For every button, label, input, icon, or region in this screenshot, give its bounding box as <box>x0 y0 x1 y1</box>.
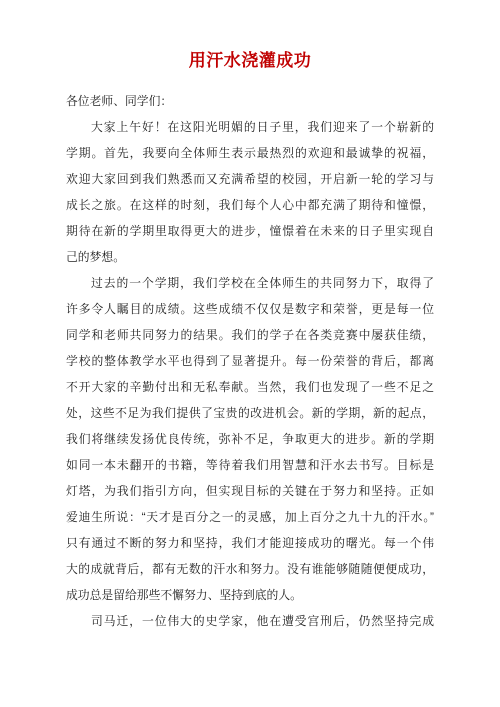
text-line: 司马迁，一位伟大的史学家，他在遭受宫刑后，仍然坚持完成 <box>66 608 434 634</box>
text-line: 只有通过不断的努力和坚持，我们才能迎接成功的曙光。每一个伟 <box>66 530 434 556</box>
text-line: 同学和老师共同努力的结果。我们的学子在各类竞赛中屡获佳绩， <box>66 322 434 348</box>
text-line: 如同一本未翻开的书籍，等待着我们用智慧和汗水去书写。目标是 <box>66 452 434 478</box>
text-line: 学校的整体教学水平也得到了显著提升。每一份荣誉的背后，都离 <box>66 348 434 374</box>
text-line: 成长之旅。在这样的时刻，我们每个人心中都充满了期待和憧憬， <box>66 192 434 218</box>
text-line: 成功总是留给那些不懈努力、坚持到底的人。 <box>66 582 434 608</box>
doc-title: 用汗水浇灌成功 <box>66 46 434 76</box>
text-line: 己的梦想。 <box>66 244 434 270</box>
text-line: 大家上午好！在这阳光明媚的日子里，我们迎来了一个崭新的 <box>66 114 434 140</box>
text-line: 灯塔，为我们指引方向，但实现目标的关键在于努力和坚持。正如 <box>66 478 434 504</box>
text-line: 不开大家的辛勤付出和无私奉献。当然，我们也发现了一些不足之 <box>66 374 434 400</box>
text-line: 爱迪生所说：“天才是百分之一的灵感，加上百分之九十九的汗水。” <box>66 504 434 530</box>
text-line: 处，这些不足为我们提供了宝贵的改进机会。新的学期，新的起点， <box>66 400 434 426</box>
document-body: 大家上午好！在这阳光明媚的日子里，我们迎来了一个崭新的学期。首先，我要向全体师生… <box>66 114 434 634</box>
text-line: 学期。首先，我要向全体师生表示最热烈的欢迎和最诚挚的祝福， <box>66 140 434 166</box>
document-page: 用汗水浇灌成功 各位老师、同学们： 大家上午好！在这阳光明媚的日子里，我们迎来了… <box>0 0 500 707</box>
text-line: 我们将继续发扬优良传统，弥补不足，争取更大的进步。新的学期 <box>66 426 434 452</box>
text-line: 大的成就背后，都有无数的汗水和努力。没有谁能够随随便便成功， <box>66 556 434 582</box>
text-line: 期待在新的学期里取得更大的进步，憧憬着在未来的日子里实现自 <box>66 218 434 244</box>
paragraph: 过去的一个学期，我们学校在全体师生的共同努力下，取得了许多令人瞩目的成绩。这些成… <box>66 270 434 608</box>
text-line: 欢迎大家回到我们熟悉而又充满希望的校园，开启新一轮的学习与 <box>66 166 434 192</box>
text-line: 许多令人瞩目的成绩。这些成绩不仅仅是数字和荣誉，更是每一位 <box>66 296 434 322</box>
paragraph: 大家上午好！在这阳光明媚的日子里，我们迎来了一个崭新的学期。首先，我要向全体师生… <box>66 114 434 270</box>
paragraph: 司马迁，一位伟大的史学家，他在遭受宫刑后，仍然坚持完成 <box>66 608 434 634</box>
salutation-line: 各位老师、同学们： <box>66 88 434 114</box>
text-line: 过去的一个学期，我们学校在全体师生的共同努力下，取得了 <box>66 270 434 296</box>
